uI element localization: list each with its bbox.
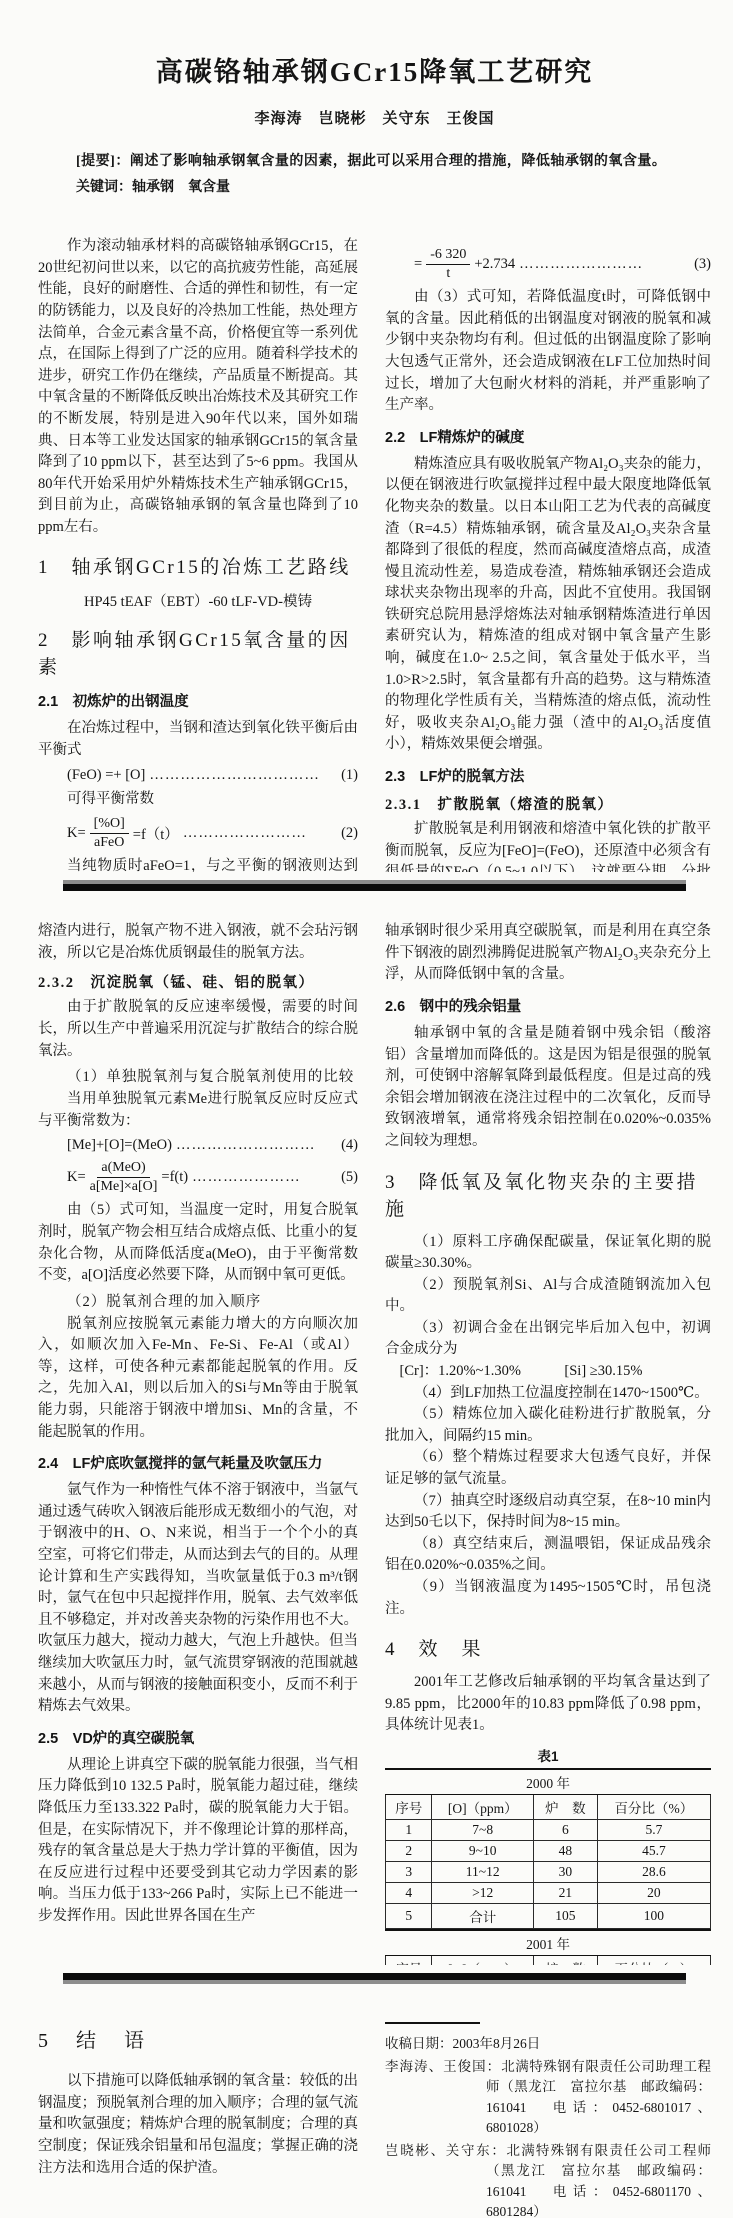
table-cell: 9~10 <box>432 1840 534 1861</box>
paragraph: 由（3）式可知，若降低温度t时，可降低钢中氧的含量。因此稍低的出钢温度对钢液的脱… <box>385 287 711 417</box>
paragraph: 氩气作为一种惰性气体不溶于钢液中，当氩气通过透气砖吹入钢液后能形成无数细小的气泡… <box>38 1480 358 1718</box>
paragraph: 轴承钢中氧的含量是随着钢中残余铝（酸溶铝）含量增加而降低的。这是因为铝是很强的脱… <box>385 1023 711 1153</box>
equation-rhs: +2.734 <box>474 256 515 273</box>
equation-number: (1) <box>341 767 358 784</box>
table-caption: 表1 <box>385 1745 711 1765</box>
fraction-numerator: [%O] <box>90 815 129 834</box>
intro-paragraph: 作为滚动轴承材料的高碳铬轴承钢GCr15，在20世纪初问世以来，以它的高抗疲劳性… <box>38 236 358 538</box>
author-note: 岂晓彬、关守东：北满特殊钢有限责任公司工程师（黑龙江 富拉尔基 邮政编码：161… <box>385 2141 711 2218</box>
fraction-denominator: aFeO <box>94 834 124 852</box>
measure-item: （6）整个精炼过程要求大包透气良好，并保证足够的氩气流量。 <box>385 1447 711 1490</box>
equation-body: (FeO) =+ [O] <box>67 767 145 784</box>
paragraph: 由于扩散脱氧的反应速率缓慢，需要的时间长，所以生产中普遍采用沉淀与扩散结合的综合… <box>38 997 358 1062</box>
table-cell: 20 <box>597 1882 710 1903</box>
equation-number: (3) <box>694 256 711 273</box>
measure-list: （1）原料工序确保配碳量，保证氧化期的脱碳量≥30.30%。（2）预脱氧剂Si、… <box>385 1232 711 1621</box>
divider-gray-bar <box>63 1980 686 1984</box>
equation-number: (5) <box>341 1169 358 1186</box>
table-cell: >12 <box>432 1882 534 1903</box>
equation-lhs: K= <box>67 1169 86 1186</box>
equation-dots: …………………………… <box>149 767 337 784</box>
measure-item: （7）抽真空时逐级启动真空泵，在8~10 min内达到50乇以下，保持时间为8~… <box>385 1491 711 1534</box>
process-route: HP45 tEAF（EBT）-60 tLF-VD-模铸 <box>38 590 358 611</box>
measure-item: [Cr]：1.20%~1.30% [Si] ≥30.15% <box>385 1361 711 1383</box>
continuation-paragraph: 轴承钢时很少采用真空碳脱氧，而是利用在真空条件下钢液的剧烈沸腾促进脱氧产物Al₂… <box>385 921 711 986</box>
oxygen-content-table: 序号[O]（ppm）炉 数百分比（%）17~865.729~104845.731… <box>385 1795 711 1929</box>
table-cell: 3 <box>386 1861 432 1882</box>
table-cell: 28.6 <box>597 1861 710 1882</box>
equation-4: [Me]+[O]=(MeO) ……………………… (4) <box>38 1137 358 1154</box>
subitem-heading-1: （1）单独脱氧剂与复合脱氧剂使用的比较 <box>38 1065 358 1086</box>
table-sections: 2000 年序号[O]（ppm）炉 数百分比（%）17~865.729~1048… <box>385 1768 711 1965</box>
measure-item: （9）当钢液温度为1495~1505℃时，吊包浇注。 <box>385 1577 711 1620</box>
paragraph: 扩散脱氧是利用钢液和熔渣中氧化铁的扩散平衡而脱氧，反应为[FeO]=(FeO)，… <box>385 819 711 872</box>
table-cell: 48 <box>533 1840 597 1861</box>
paragraph: 当纯物质时aFeO=1，与之平衡的钢液则达到饱和状态，平衡常数与温度的关系式如下… <box>38 856 358 872</box>
fraction: [%O]aFeO <box>90 815 129 851</box>
keywords-label: 关键词： <box>76 178 132 194</box>
author-note-names: 岂晓彬、关守东： <box>385 2143 507 2158</box>
table-cell: 2 <box>386 1840 432 1861</box>
table-header-cell: 序号 <box>386 1956 432 1965</box>
table-cell: 1 <box>386 1819 432 1840</box>
divider-black-bar <box>63 884 686 891</box>
measure-item: （3）初调合金在出钢完毕后加入包中，初调合金成分为 <box>385 1318 711 1361</box>
paragraph: 可得平衡常数 <box>38 789 358 811</box>
section-heading-2-4: 2.4 LF炉底吹氩搅拌的氩气耗量及吹氩压力 <box>38 1452 358 1473</box>
fraction-denominator: t <box>446 265 450 283</box>
abstract-label: [提要]： <box>76 154 130 169</box>
measure-item: （1）原料工序确保配碳量，保证氧化期的脱碳量≥30.30%。 <box>385 1232 711 1275</box>
footer-left-column: 5 结 语 以下措施可以降低轴承钢的氧含量：较低的出钢温度；预脱氧剂合理的加入顺… <box>38 2018 358 2218</box>
table-header-cell: 炉 数 <box>533 1956 597 1965</box>
page2-left-column: 熔渣内进行，脱氧产物不进入钢液，就不会玷污钢液，所以它是冶炼优质钢最佳的脱氧方法… <box>38 921 358 1965</box>
table-cell: 7~8 <box>432 1819 534 1840</box>
oxygen-content-table: 序号[O]（ppm）炉 数百分比（%）17~81517.829~104553.6… <box>385 1956 711 1965</box>
paper-title: 高碳铬轴承钢GCr15降氧工艺研究 <box>38 18 711 89</box>
section-heading-2-5: 2.5 VD炉的真空碳脱氧 <box>38 1727 358 1748</box>
author-note-text: 北满特殊钢有限责任公司助理工程师（黑龙江 富拉尔基 邮政编码：161041 电话… <box>486 2059 711 2136</box>
table-cell: 11~12 <box>432 1861 534 1882</box>
author-note-names: 李海涛、王俊国： <box>385 2059 501 2074</box>
footnote-rule <box>385 2022 480 2024</box>
fraction: a(MeO)a[Me]×a[O] <box>90 1159 158 1195</box>
section-heading-3: 3 降低氧及氧化物夹杂的主要措施 <box>385 1167 711 1221</box>
measure-item: （5）精炼位加入碳化硅粉进行扩散脱氧，分批加入，间隔约15 min。 <box>385 1404 711 1447</box>
equation-number: (4) <box>341 1137 358 1154</box>
table-cell: 100 <box>597 1903 710 1928</box>
section-heading-2: 2 影响轴承钢GCr15氧含量的因素 <box>38 625 358 679</box>
received-date: 收稿日期：2003年8月26日 <box>385 2034 711 2055</box>
equation-body: [Me]+[O]=(MeO) <box>67 1137 172 1154</box>
table-cell: 21 <box>533 1882 597 1903</box>
equation-3: = -6 320t +2.734 …………………… (3) <box>385 246 711 282</box>
equation-dots: ……………………… <box>176 1137 337 1154</box>
section-heading-5: 5 结 语 <box>38 2024 358 2053</box>
equation-rhs: =f（t） <box>133 823 179 844</box>
page-divider <box>63 1973 686 1984</box>
author-note-text: 北满特殊钢有限责任公司工程师（黑龙江 富拉尔基 邮政编码：161041 电话：0… <box>486 2143 711 2218</box>
section-heading-2-1: 2.1 初炼炉的出钢温度 <box>38 690 358 711</box>
measure-item: （2）预脱氧剂Si、Al与合成渣随钢流加入包中。 <box>385 1275 711 1318</box>
paragraph: 在冶炼过程中，当钢和渣达到氧化铁平衡后由平衡式 <box>38 718 358 761</box>
table-header-cell: 炉 数 <box>533 1795 597 1820</box>
continuation-paragraph: 熔渣内进行，脱氧产物不进入钢液，就不会玷污钢液，所以它是冶炼优质钢最佳的脱氧方法… <box>38 921 358 964</box>
equation-dots: …………………… <box>519 256 690 273</box>
paragraph: 由（5）式可知，当温度一定时，用复合脱氧剂时，脱氧产物会相互结合成熔点低、比重小… <box>38 1200 358 1286</box>
table-header-cell: 百分比（%） <box>597 1956 710 1965</box>
author-note: 李海涛、王俊国：北满特殊钢有限责任公司助理工程师（黑龙江 富拉尔基 邮政编码：1… <box>385 2057 711 2139</box>
section-heading-2-3-1: 2.3.1 扩散脱氧（熔渣的脱氧） <box>385 793 711 814</box>
table-header-cell: 百分比（%） <box>597 1795 710 1820</box>
table-cell: 6 <box>533 1819 597 1840</box>
abstract: [提要]：阐述了影响轴承钢氧含量的因素，据此可以采用合理的措施，降低轴承钢的氧含… <box>76 150 711 170</box>
table-cell: 合计 <box>432 1903 534 1928</box>
page1-left-column: 作为滚动轴承材料的高碳铬轴承钢GCr15，在20世纪初问世以来，以它的高抗疲劳性… <box>38 236 358 872</box>
abstract-text: 阐述了影响轴承钢氧含量的因素，据此可以采用合理的措施，降低轴承钢的氧含量。 <box>130 154 667 169</box>
fraction-numerator: -6 320 <box>426 246 470 265</box>
table-cell: 105 <box>533 1903 597 1928</box>
fraction-denominator: a[Me]×a[O] <box>90 1178 158 1196</box>
section-heading-2-3: 2.3 LF炉的脱氧方法 <box>385 765 711 786</box>
page1-columns: 作为滚动轴承材料的高碳铬轴承钢GCr15，在20世纪初问世以来，以它的高抗疲劳性… <box>38 236 711 872</box>
section-heading-1: 1 轴承钢GCr15的冶炼工艺路线 <box>38 552 358 579</box>
equation-dots: ………………… <box>192 1169 337 1186</box>
section-heading-4: 4 效 果 <box>385 1634 711 1661</box>
table-cell: 5.7 <box>597 1819 710 1840</box>
footer-columns: 5 结 语 以下措施可以降低轴承钢的氧含量：较低的出钢温度；预脱氧剂合理的加入顺… <box>38 2018 711 2218</box>
equation-1: (FeO) =+ [O] …………………………… (1) <box>38 767 358 784</box>
authors: 李海涛 岂晓彬 关守东 王俊国 <box>38 107 711 128</box>
equation-rhs: =f(t) <box>161 1169 188 1186</box>
table-cell: 30 <box>533 1861 597 1882</box>
page1-right-column: = -6 320t +2.734 …………………… (3) 由（3）式可知，若降… <box>385 236 711 872</box>
equation-lhs: K= <box>67 825 86 842</box>
page2-right-column: 轴承钢时很少采用真空碳脱氧，而是利用在真空条件下钢液的剧烈沸腾促进脱氧产物Al₂… <box>385 921 711 1965</box>
paragraph: 从理论上讲真空下碳的脱氧能力很强，当气相压力降低到10 132.5 Pa时，脱氧… <box>38 1755 358 1928</box>
equation-dots: …………………… <box>183 825 337 842</box>
table-1: 表1 2000 年序号[O]（ppm）炉 数百分比（%）17~865.729~1… <box>385 1745 711 1965</box>
table-year-header: 2000 年 <box>385 1768 711 1795</box>
fraction-numerator: a(MeO) <box>97 1159 149 1178</box>
fraction: -6 320t <box>426 246 470 282</box>
paragraph: 脱氧剂应按脱氧元素能力增大的方向顺次加入，如顺次加入Fe-Mn、Fe-Si、Fe… <box>38 1314 358 1444</box>
keywords: 关键词：轴承钢 氧含量 <box>76 176 711 196</box>
footer-right-column: 收稿日期：2003年8月26日 李海涛、王俊国：北满特殊钢有限责任公司助理工程师… <box>385 2018 711 2218</box>
article-page: 高碳铬轴承钢GCr15降氧工艺研究 李海涛 岂晓彬 关守东 王俊国 [提要]：阐… <box>0 18 733 2218</box>
paragraph: 当用单独脱氧元素Me进行脱氧反应时反应式与平衡常数为： <box>38 1089 358 1132</box>
equation-lhs: = <box>414 256 422 273</box>
table-header-cell: [O]（ppm） <box>432 1795 534 1820</box>
paragraph: 2001年工艺修改后轴承钢的平均氧含量达到了9.85 ppm，比2000年的10… <box>385 1672 711 1737</box>
divider-black-bar <box>63 1973 686 1980</box>
table-year-header: 2001 年 <box>385 1929 711 1956</box>
paragraph: 精炼渣应具有吸收脱氧产物Al₂O₃夹杂的能力，以便在钢液进行吹氩搅拌过程中最大限… <box>385 454 711 756</box>
table-cell: 5 <box>386 1903 432 1928</box>
keywords-text: 轴承钢 氧含量 <box>132 178 230 194</box>
page2-columns: 熔渣内进行，脱氧产物不进入钢液，就不会玷污钢液，所以它是冶炼优质钢最佳的脱氧方法… <box>38 921 711 1965</box>
subitem-heading-2: （2）脱氧剂合理的加入顺序 <box>38 1290 358 1311</box>
table-cell: 4 <box>386 1882 432 1903</box>
equation-2: K= [%O]aFeO =f（t） …………………… (2) <box>38 815 358 851</box>
measure-item: （8）真空结束后，测温喂铝，保证成品残余铝在0.020%~0.035%之间。 <box>385 1534 711 1577</box>
measure-item: （4）到LF加热工位温度控制在1470~1500℃。 <box>385 1383 711 1405</box>
equation-5: K= a(MeO)a[Me]×a[O] =f(t) ………………… (5) <box>38 1159 358 1195</box>
equation-number: (2) <box>341 825 358 842</box>
table-cell: 45.7 <box>597 1840 710 1861</box>
table-header-cell: [O]（ppm） <box>432 1956 534 1965</box>
conclusion-paragraph: 以下措施可以降低轴承钢的氧含量：较低的出钢温度；预脱氧剂合理的加入顺序；合理的氩… <box>38 2071 358 2179</box>
section-heading-2-2: 2.2 LF精炼炉的碱度 <box>385 426 711 447</box>
page-divider <box>63 880 686 891</box>
section-heading-2-6: 2.6 钢中的残余铝量 <box>385 995 711 1016</box>
section-heading-2-3-2: 2.3.2 沉淀脱氧（锰、硅、铝的脱氧） <box>38 971 358 992</box>
table-header-cell: 序号 <box>386 1795 432 1820</box>
